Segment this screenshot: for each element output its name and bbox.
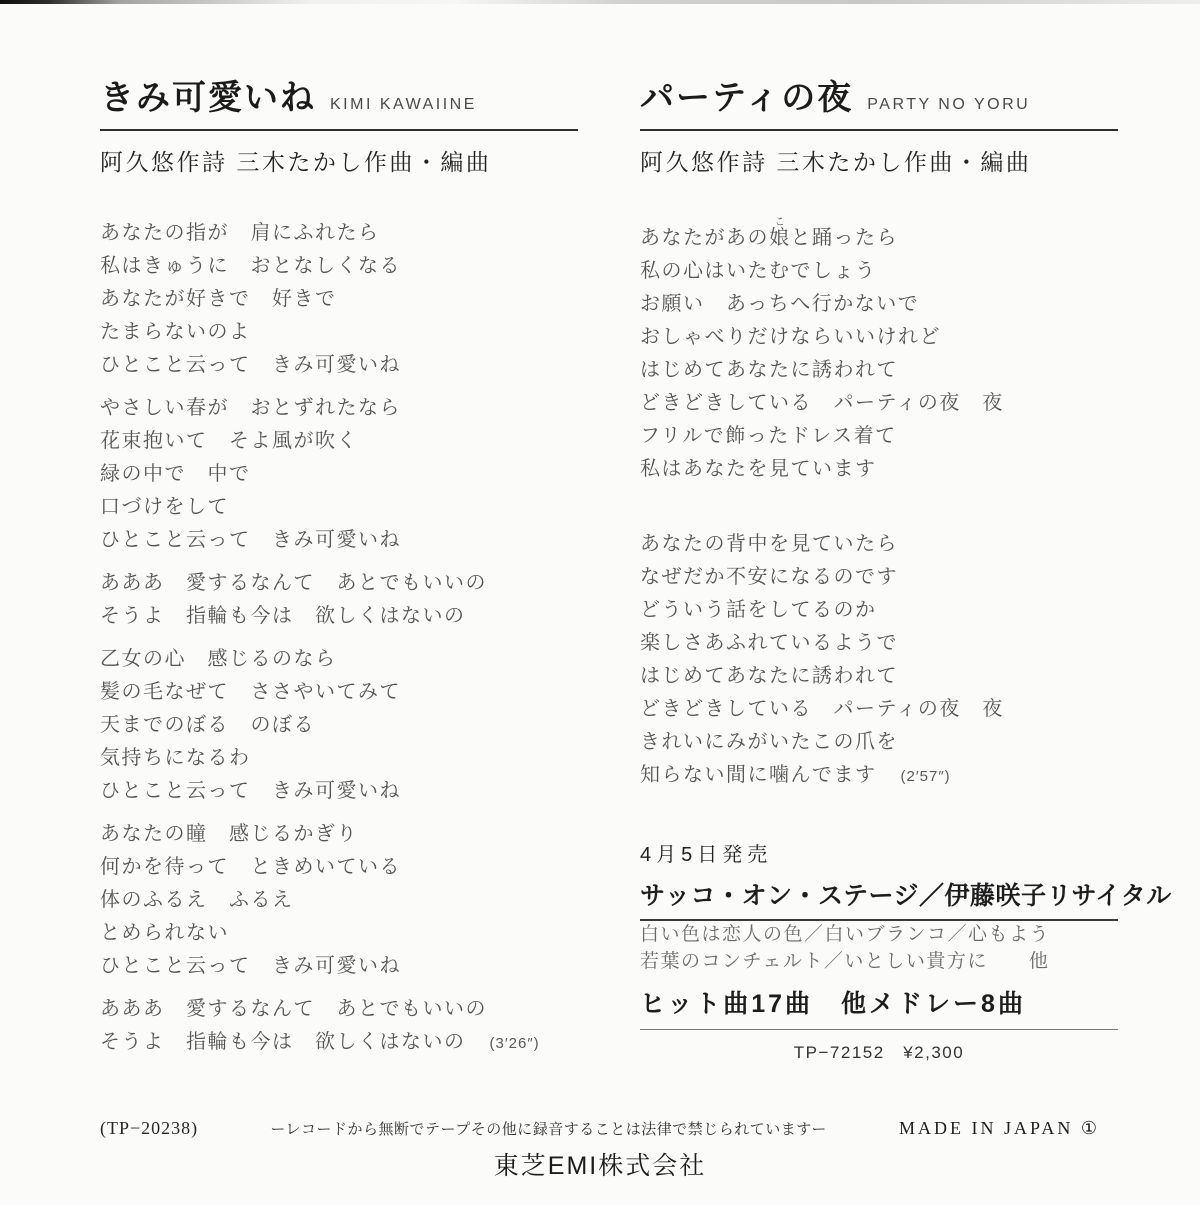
release-date: 4月5日発売 [640,838,1118,867]
release-hits-line: ヒット曲17曲 他メドレー8曲 [640,984,1118,1030]
footer-row: (TP−20238) ーレコードから無断でテープその他に録音することは法律で禁じ… [100,1118,1100,1139]
lyric-line: はじめてあなたに誘われて [640,660,1118,693]
lyric-line: たまらないのよ [100,316,578,349]
publisher-company-name: 東芝EMI株式会社 [0,1146,1200,1182]
right-song-lyrics: あなたがあの娘こと踊ったら私の心はいたむでしょうお願い あっちへ行かないでおしゃ… [640,217,1118,793]
lyric-line: はじめてあなたに誘われて [640,354,1118,387]
left-title-rule [100,129,578,131]
right-song-title: パーティの夜 [640,79,853,117]
footer-catalog-number: (TP−20238) [100,1118,198,1139]
verse: やさしい春が おとずれたなら花束抱いて そよ風が吹く緑の中で 中で口づけをしてひ… [100,392,578,557]
verse: あああ 愛するなんて あとでもいいのそうよ 指輪も今は 欲しくはないの [100,567,578,633]
lyric-line: きれいにみがいたこの爪を [640,726,1118,759]
lyric-line: 楽しさあふれているようで [640,627,1118,660]
lyric-line: 私の心はいたむでしょう [640,255,1118,288]
lyric-line: 緑の中で 中で [100,458,578,491]
lyric-line: どきどきしている パーティの夜 夜 [640,387,1118,420]
lyric-line: おしゃべりだけならいいけれど [640,321,1118,354]
lyric-line: ひとこと云って きみ可愛いね [100,950,578,983]
left-song-credits: 阿久悠作詩 三木たかし作曲・編曲 [100,144,578,177]
lyric-line: あなたの背中を見ていたら [640,528,1118,561]
lyric-line: あああ 愛するなんて あとでもいいの [100,993,578,1026]
duration-label: (3′26″) [490,1035,540,1052]
verse: あなたの瞳 感じるかぎり何かを待って ときめいている体のふるえ ふるえとめられな… [100,818,578,983]
lyric-line: どきどきしている パーティの夜 夜 [640,693,1118,726]
lyric-line: やさしい春が おとずれたなら [100,392,578,425]
lyric-line: 気持ちになるわ [100,742,578,775]
lyric-line: 体のふるえ ふるえ [100,884,578,917]
lyric-line: あああ 愛するなんて あとでもいいの [100,567,578,600]
lyric-line: 髪の毛なぜて ささやいてみて [100,676,578,709]
lyric-line: 何かを待って ときめいている [100,851,578,884]
lyric-line: あなたがあの娘こと踊ったら [640,217,1118,255]
verse: 乙女の心 感じるのなら髪の毛なぜて ささやいてみて天までのぼる のぼる気持ちにな… [100,643,578,808]
lyric-line: 私はきゅうに おとなしくなる [100,250,578,283]
release-tracks-line: 白い色は恋人の色／白いブランコ／心もよう [640,921,1118,948]
release-tracks-line: 若葉のコンチェルト／いとしい貴方に 他 [640,948,1118,975]
right-song-title-roman: PARTY NO YORU [867,96,1030,113]
lyric-line: とめられない [100,917,578,950]
lyric-line: 口づけをして [100,491,578,524]
release-announcement: 4月5日発売 サッコ・オン・ステージ／伊藤咲子リサイタル 白い色は恋人の色／白い… [640,838,1118,1063]
verse: あああ 愛するなんて あとでもいいのそうよ 指輪も今は 欲しくはないの(3′26… [100,993,578,1060]
lyric-line: ひとこと云って きみ可愛いね [100,349,578,382]
copyright-notice: ーレコードから無断でテープその他に録音することは法律で禁じられていますー [270,1118,827,1139]
lyric-line: フリルで飾ったドレス着て [640,420,1118,453]
lyric-line: 知らない間に噛んでます(2′57″) [640,759,1118,793]
duration-label: (2′57″) [901,768,951,785]
left-song-title-roman: KIMI KAWAIINE [330,96,477,113]
left-song-title-row: きみ可愛いねKIMI KAWAIINE [100,70,578,119]
lyric-line: 花束抱いて そよ風が吹く [100,425,578,458]
right-title-rule [640,129,1118,131]
lyric-line: 私はあなたを見ています [640,453,1118,486]
left-song-lyrics: あなたの指が 肩にふれたら私はきゅうに おとなしくなるあなたが好きで 好きでたま… [100,217,578,1060]
lyric-line: あなたが好きで 好きで [100,283,578,316]
verse: あなたの指が 肩にふれたら私はきゅうに おとなしくなるあなたが好きで 好きでたま… [100,217,578,382]
lyric-line: どういう話をしてるのか [640,594,1118,627]
lyric-line: ひとこと云って きみ可愛いね [100,775,578,808]
release-album-title: サッコ・オン・ステージ／伊藤咲子リサイタル [640,876,1118,921]
scan-edge-artifact [0,0,1200,4]
lyric-line: あなたの指が 肩にふれたら [100,217,578,250]
right-song-credits: 阿久悠作詩 三木たかし作曲・編曲 [640,144,1118,177]
verse: あなたがあの娘こと踊ったら私の心はいたむでしょうお願い あっちへ行かないでおしゃ… [640,217,1118,486]
verse: あなたの背中を見ていたらなぜだか不安になるのですどういう話をしてるのか楽しさあふ… [640,528,1118,793]
lyric-line: あなたの瞳 感じるかぎり [100,818,578,851]
right-song-title-row: パーティの夜PARTY NO YORU [640,70,1118,119]
lyric-line: そうよ 指輪も今は 欲しくはないの(3′26″) [100,1026,578,1060]
right-song-column: パーティの夜PARTY NO YORU 阿久悠作詩 三木たかし作曲・編曲 あなた… [640,70,1118,835]
left-song-title: きみ可愛いね [100,79,316,117]
lyric-line: 天までのぼる のぼる [100,709,578,742]
lyric-line: 乙女の心 感じるのなら [100,643,578,676]
lyric-line: ひとこと云って きみ可愛いね [100,524,578,557]
made-in-japan-label: MADE IN JAPAN ① [899,1118,1100,1139]
left-song-column: きみ可愛いねKIMI KAWAIINE 阿久悠作詩 三木たかし作曲・編曲 あなた… [100,70,578,1070]
release-catalog-number: TP−72152 ¥2,300 [640,1038,1118,1063]
lyric-line: そうよ 指輪も今は 欲しくはないの [100,600,578,633]
lyric-line: お願い あっちへ行かないで [640,288,1118,321]
lyric-line: なぜだか不安になるのです [640,561,1118,594]
